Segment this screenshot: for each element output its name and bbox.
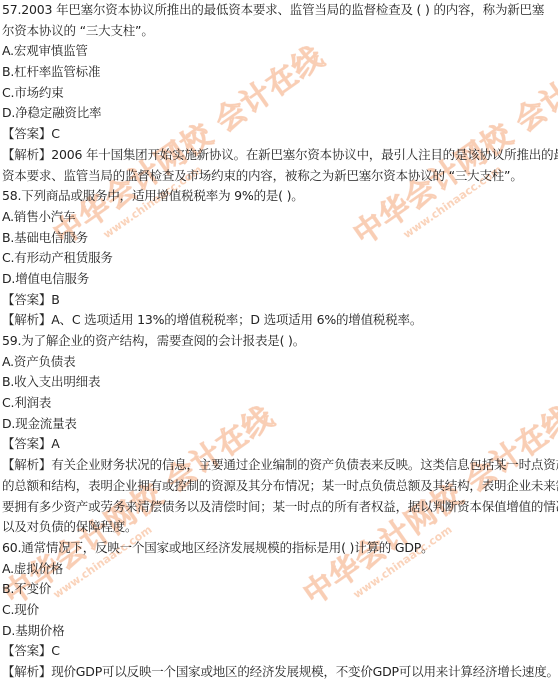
explanation-cont: 要拥有多少资产或劳务来清偿债务以及清偿时间；某一时点的所有者权益，据以判断资本保…: [2, 497, 558, 518]
explanation: 【解析】现价GDP可以反映一个国家或地区的经济发展规模，不变价GDP可以用来计算…: [2, 662, 558, 683]
option-b: B.不变价: [2, 579, 558, 600]
option-a: A.资产负债表: [2, 352, 558, 373]
option-a: A.虚拟价格: [2, 559, 558, 580]
explanation-cont: 以及对负债的保障程度。: [2, 517, 558, 538]
option-d: D.现金流量表: [2, 414, 558, 435]
question-57-cont: 尔资本协议的 “三大支柱”。: [2, 21, 558, 42]
question-59: 59.为了解企业的资产结构，需要查阅的会计报表是( )。: [2, 331, 558, 352]
exam-document: 57.2003 年巴塞尔资本协议所推出的最低资本要求、监管当局的监督检查及 ( …: [2, 0, 558, 683]
answer: 【答案】C: [2, 641, 558, 662]
option-d: D.净稳定融资比率: [2, 103, 558, 124]
question-57: 57.2003 年巴塞尔资本协议所推出的最低资本要求、监管当局的监督检查及 ( …: [2, 0, 558, 21]
answer: 【答案】B: [2, 290, 558, 311]
explanation: 【解析】A、C 选项适用 13%的增值税税率；D 选项适用 6%的增值税税率。: [2, 310, 558, 331]
explanation: 【解析】有关企业财务状况的信息，主要通过企业编制的资产负债表来反映。这类信息包括…: [2, 455, 558, 476]
explanation-cont: 资本要求、监管当局的监督检查及市场约束的内容，被称之为新巴塞尔资本协议的 “三大…: [2, 166, 558, 187]
option-d: D.增值电信服务: [2, 269, 558, 290]
option-c: C.市场约束: [2, 83, 558, 104]
option-b: B.基础电信服务: [2, 228, 558, 249]
option-c: C.有形动产租赁服务: [2, 248, 558, 269]
option-a: A.宏观审慎监管: [2, 41, 558, 62]
option-a: A.销售小汽车: [2, 207, 558, 228]
question-60: 60.通常情况下，反映一个国家或地区经济发展规模的指标是用( )计算的 GDP。: [2, 538, 558, 559]
answer: 【答案】C: [2, 124, 558, 145]
explanation: 【解析】2006 年十国集团开始实施新协议。在新巴塞尔资本协议中，最引人注目的是…: [2, 145, 558, 166]
option-b: B.收入支出明细表: [2, 372, 558, 393]
explanation-cont: 的总额和结构，表明企业拥有或控制的资源及其分布情况；某一时点负债总额及其结构，表…: [2, 476, 558, 497]
option-c: C.利润表: [2, 393, 558, 414]
answer: 【答案】A: [2, 434, 558, 455]
question-58: 58.下列商品或服务中，适用增值税税率为 9%的是( )。: [2, 186, 558, 207]
option-d: D.基期价格: [2, 621, 558, 642]
option-b: B.杠杆率监管标准: [2, 62, 558, 83]
option-c: C.现价: [2, 600, 558, 621]
